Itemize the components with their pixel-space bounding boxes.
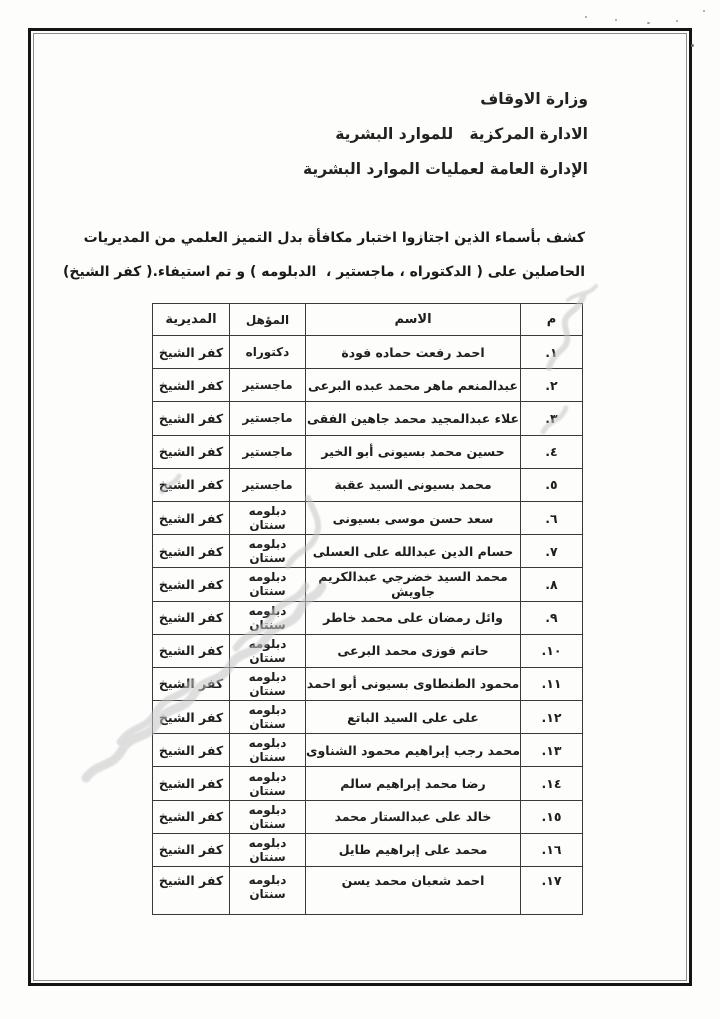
cell-directorate: كفر الشيخ xyxy=(153,734,230,767)
cell-qualification: دبلومه سنتان xyxy=(230,867,306,915)
cell-directorate: كفر الشيخ xyxy=(153,568,230,601)
cell-name: خالد على عبدالستار محمد xyxy=(306,800,521,833)
cell-directorate: كفر الشيخ xyxy=(153,336,230,369)
table-row: ٥. محمد بسيونى السيد عقبة ماجستير كفر ال… xyxy=(153,468,583,501)
cell-qualification: دبلومه سنتان xyxy=(230,667,306,700)
scan-speck xyxy=(585,16,587,18)
cell-number: ١٣. xyxy=(521,734,583,767)
cell-name: رضا محمد إبراهيم سالم xyxy=(306,767,521,800)
cell-directorate: كفر الشيخ xyxy=(153,800,230,833)
cell-name: وائل رمضان على محمد خاطر xyxy=(306,601,521,634)
cell-name: حسام الدين عبدالله على العسلى xyxy=(306,535,521,568)
table-row: ٧. حسام الدين عبدالله على العسلى دبلومه … xyxy=(153,535,583,568)
header-cell-qualification: المؤهل xyxy=(230,304,306,336)
cell-number: ١٧. xyxy=(521,867,583,915)
list-description: كشف بأسماء الذين اجتازوا اختبار مكافأة ب… xyxy=(63,221,585,289)
cell-name: محمد على إبراهيم طايل xyxy=(306,833,521,866)
scan-speck xyxy=(703,10,705,12)
cell-name: محمد بسيونى السيد عقبة xyxy=(306,468,521,501)
table-row: ١٥. خالد على عبدالستار محمد دبلومه سنتان… xyxy=(153,800,583,833)
table-row: ٢. عبدالمنعم ماهر محمد عبده البرعى ماجست… xyxy=(153,369,583,402)
cell-name: محمد السيد خضرجي عبدالكريم جاويش xyxy=(306,568,521,601)
scan-speck xyxy=(647,22,650,24)
scan-speck xyxy=(691,44,694,47)
table-row: ١. احمد رفعت حماده فودة دكتوراه كفر الشي… xyxy=(153,336,583,369)
cell-qualification: دكتوراه xyxy=(230,336,306,369)
cell-number: ١٤. xyxy=(521,767,583,800)
list-description-line2: الحاصلين على ( الدكتوراه ، ماجستير ، الد… xyxy=(63,255,585,289)
header-cell-directorate: المديرية xyxy=(153,304,230,336)
cell-qualification: دبلومه سنتان xyxy=(230,833,306,866)
cell-name: سعد حسن موسى بسيونى xyxy=(306,501,521,534)
table-row: ١٣. محمد رجب إبراهيم محمود الشناوى دبلوم… xyxy=(153,734,583,767)
table-row: ٨. محمد السيد خضرجي عبدالكريم جاويش دبلو… xyxy=(153,568,583,601)
cell-directorate: كفر الشيخ xyxy=(153,701,230,734)
cell-qualification: دبلومه سنتان xyxy=(230,568,306,601)
table-row: ١١. محمود الطنطاوى بسيونى أبو احمد دبلوم… xyxy=(153,667,583,700)
cell-number: ١١. xyxy=(521,667,583,700)
table-row: ١٠. حاتم فوزى محمد البرعى دبلومه سنتان ك… xyxy=(153,634,583,667)
cell-directorate: كفر الشيخ xyxy=(153,501,230,534)
cell-qualification: ماجستير xyxy=(230,468,306,501)
table-row: ٦. سعد حسن موسى بسيونى دبلومه سنتان كفر … xyxy=(153,501,583,534)
cell-qualification: ماجستير xyxy=(230,369,306,402)
cell-number: ١٥. xyxy=(521,800,583,833)
cell-name: محمود الطنطاوى بسيونى أبو احمد xyxy=(306,667,521,700)
cell-directorate: كفر الشيخ xyxy=(153,667,230,700)
list-description-line1: كشف بأسماء الذين اجتازوا اختبار مكافأة ب… xyxy=(63,221,585,255)
cell-number: ٨. xyxy=(521,568,583,601)
cell-directorate: كفر الشيخ xyxy=(153,601,230,634)
cell-directorate: كفر الشيخ xyxy=(153,767,230,800)
cell-name: حسين محمد بسيونى أبو الخير xyxy=(306,435,521,468)
cell-name: على على السيد الباتع xyxy=(306,701,521,734)
header-cell-name: الاسم xyxy=(306,304,521,336)
cell-number: ٧. xyxy=(521,535,583,568)
cell-directorate: كفر الشيخ xyxy=(153,535,230,568)
cell-directorate: كفر الشيخ xyxy=(153,833,230,866)
table-row: ١٧. احمد شعبان محمد يسن دبلومه سنتان كفر… xyxy=(153,867,583,915)
cell-directorate: كفر الشيخ xyxy=(153,402,230,435)
cell-qualification: دبلومه سنتان xyxy=(230,501,306,534)
cell-name: احمد شعبان محمد يسن xyxy=(306,867,521,915)
scan-speck xyxy=(615,19,617,21)
table-header-row: م الاسم المؤهل المديرية xyxy=(153,304,583,336)
cell-number: ٦. xyxy=(521,501,583,534)
cell-number: ٢. xyxy=(521,369,583,402)
cell-qualification: دبلومه سنتان xyxy=(230,601,306,634)
names-table: م الاسم المؤهل المديرية ١. احمد رفعت حما… xyxy=(152,303,583,915)
scan-speck xyxy=(676,20,678,22)
cell-directorate: كفر الشيخ xyxy=(153,468,230,501)
cell-qualification: دبلومه سنتان xyxy=(230,800,306,833)
header-cell-number: م xyxy=(521,304,583,336)
cell-qualification: دبلومه سنتان xyxy=(230,634,306,667)
cell-number: ٩. xyxy=(521,601,583,634)
cell-directorate: كفر الشيخ xyxy=(153,435,230,468)
cell-name: حاتم فوزى محمد البرعى xyxy=(306,634,521,667)
cell-number: ١٦. xyxy=(521,833,583,866)
ministry-title: وزارة الاوقاف xyxy=(303,82,588,117)
table-row: ٤. حسين محمد بسيونى أبو الخير ماجستير كف… xyxy=(153,435,583,468)
cell-name: محمد رجب إبراهيم محمود الشناوى xyxy=(306,734,521,767)
cell-number: ٤. xyxy=(521,435,583,468)
cell-directorate: كفر الشيخ xyxy=(153,634,230,667)
cell-number: ٣. xyxy=(521,402,583,435)
cell-number: ٥. xyxy=(521,468,583,501)
cell-qualification: دبلومه سنتان xyxy=(230,535,306,568)
cell-directorate: كفر الشيخ xyxy=(153,369,230,402)
table-row: ٣. علاء عبدالمجيد محمد جاهين الفقى ماجست… xyxy=(153,402,583,435)
cell-number: ١٠. xyxy=(521,634,583,667)
cell-qualification: ماجستير xyxy=(230,402,306,435)
cell-name: علاء عبدالمجيد محمد جاهين الفقى xyxy=(306,402,521,435)
cell-name: عبدالمنعم ماهر محمد عبده البرعى xyxy=(306,369,521,402)
central-administration-title: الادارة المركزية للموارد البشرية xyxy=(303,117,588,152)
letterhead: وزارة الاوقاف الادارة المركزية للموارد ا… xyxy=(303,82,588,187)
table-row: ١٢. على على السيد الباتع دبلومه سنتان كف… xyxy=(153,701,583,734)
cell-name: احمد رفعت حماده فودة xyxy=(306,336,521,369)
cell-qualification: دبلومه سنتان xyxy=(230,734,306,767)
general-administration-title: الإدارة العامة لعمليات الموارد البشرية xyxy=(303,152,588,187)
table-row: ١٦. محمد على إبراهيم طايل دبلومه سنتان ك… xyxy=(153,833,583,866)
cell-directorate: كفر الشيخ xyxy=(153,867,230,915)
cell-number: ١. xyxy=(521,336,583,369)
table-row: ١٤. رضا محمد إبراهيم سالم دبلومه سنتان ك… xyxy=(153,767,583,800)
scanned-document-page: وزارة الاوقاف الادارة المركزية للموارد ا… xyxy=(0,0,720,1019)
cell-qualification: دبلومه سنتان xyxy=(230,767,306,800)
cell-number: ١٢. xyxy=(521,701,583,734)
table-row: ٩. وائل رمضان على محمد خاطر دبلومه سنتان… xyxy=(153,601,583,634)
cell-qualification: دبلومه سنتان xyxy=(230,701,306,734)
cell-qualification: ماجستير xyxy=(230,435,306,468)
